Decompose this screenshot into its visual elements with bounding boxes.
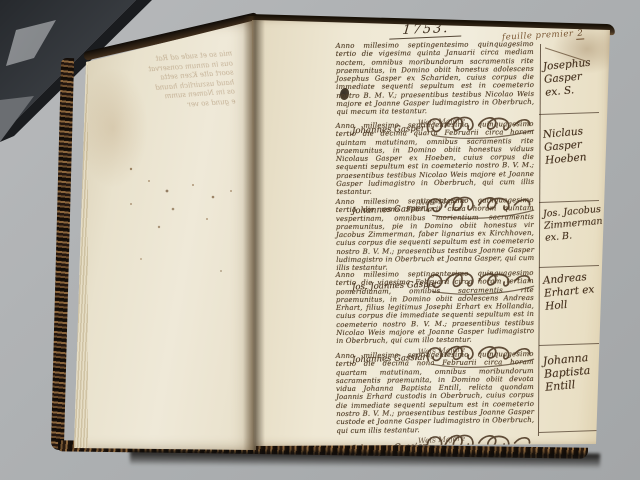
left-page: mia so et sude ad Rat ous in annum conse… [70, 18, 256, 452]
register-entry: Anno millesimo septingentesimo quinquage… [336, 351, 534, 460]
entry-text: Anno millesimo septingentesimo quinquage… [336, 350, 535, 435]
margin-separator [539, 265, 599, 268]
margin-separator [539, 343, 599, 346]
book-spine-edge [51, 58, 74, 450]
margin-separator [539, 200, 599, 203]
entry-text: Anno millesimo septingentesimo quinquage… [336, 269, 535, 346]
entry-text: Anno millesimo septingentesimo quinquage… [336, 120, 535, 197]
right-page: 1753. feuille premier2 Josephus Gasper e… [252, 14, 614, 450]
margin-name: Niclaus Gasper Hoeben [542, 123, 609, 167]
margin-separator [539, 430, 599, 433]
margin-name: Andreas Erhart ex Holl [542, 269, 609, 313]
margin-name: Josephus Gasper ex. S. [542, 55, 609, 99]
entry-text: Anno millesimo septingentesimo quinquage… [336, 196, 535, 273]
photograph-backdrop: mia so et sude ad Rat ous in annum conse… [0, 0, 640, 480]
margin-column-rule [538, 44, 541, 436]
margin-name: Jos. Jacobus Zimmerman ex. B. [543, 203, 610, 244]
margin-separator [539, 112, 599, 115]
bleedthrough-text: mia so et sude ad Rat ous in annum conse… [102, 50, 236, 116]
book-shadow [130, 450, 600, 468]
entry-text: Anno millesimo septingentesimo quinquage… [336, 40, 535, 117]
margin-name: Johanna Baptista Entill [542, 349, 609, 393]
folio-number: 2 [576, 28, 584, 39]
